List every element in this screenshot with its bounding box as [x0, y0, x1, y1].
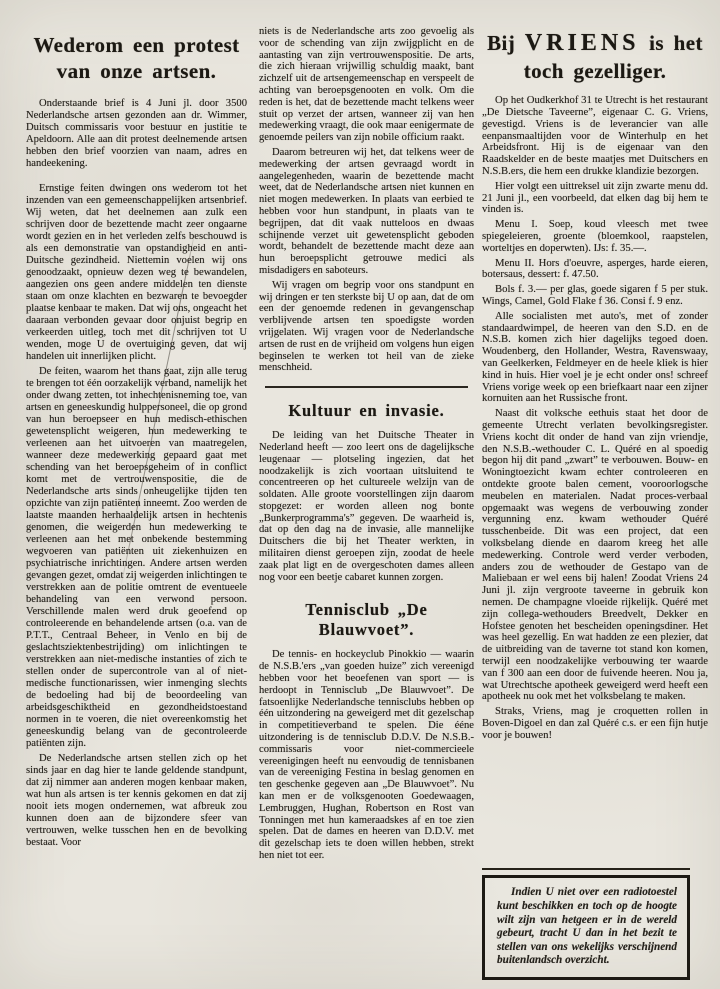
article-paragraph: Straks, Vriens, mag je croquetten rollen…: [482, 706, 708, 741]
section-divider-rule: [265, 386, 468, 388]
article-title-vriens: Bij VRIENS is het toch gezelliger.: [482, 28, 708, 84]
article-paragraph: Alle socialisten met auto's, met of zond…: [482, 311, 708, 405]
column-left: Wederom een protest van onze artsen. Ond…: [26, 32, 247, 852]
title-text-pre: Bij: [487, 31, 525, 55]
article-paragraph: Daarom betreuren wij het, dat telkens we…: [259, 147, 474, 277]
radio-notice-box: Indien U niet over een radiotoestel kunt…: [482, 875, 690, 980]
article-paragraph: De leiding van het Duitsche Theater in N…: [259, 430, 474, 583]
column-middle: niets is de Nederlandsche arts zoo gevoe…: [259, 26, 474, 865]
article-paragraph: Naast dit volksche eethuis staat het doo…: [482, 408, 708, 703]
article-paragraph: Op het Oudkerkhof 31 te Utrecht is het r…: [482, 95, 708, 178]
menu-item-paragraph: Menu I. Soep, koud vleesch met twee spie…: [482, 219, 708, 254]
article-paragraph: Hier volgt een uittreksel uit zijn zwart…: [482, 181, 708, 216]
article-paragraph: De Nederlandsche artsen stellen zich op …: [26, 753, 247, 849]
newspaper-page: Wederom een protest van onze artsen. Ond…: [0, 0, 720, 989]
article-paragraph: De feiten, waarom het thans gaat, zijn a…: [26, 366, 247, 750]
article-title-kultuur-en-invasie: Kultuur en invasie.: [259, 401, 474, 421]
article-paragraph: De tennis- en hockeyclub Pinokkio — waar…: [259, 649, 474, 861]
article-paragraph: Wij vragen om begrip voor ons standpunt …: [259, 280, 474, 374]
notice-box-container: Indien U niet over een radiotoestel kunt…: [482, 868, 708, 980]
notice-divider-rule: [482, 868, 690, 870]
article-title-artsen-protest: Wederom een protest van onze artsen.: [26, 32, 247, 85]
column-right: Bij VRIENS is het toch gezelliger. Op he…: [482, 28, 708, 980]
title-text-vriens-name: VRIENS: [525, 30, 640, 56]
menu-item-paragraph: Bols f. 3.— per glas, goede sigaren f 5 …: [482, 284, 708, 308]
article-paragraph: Ernstige feiten dwingen ons wederom tot …: [26, 183, 247, 363]
article-paragraph: Onderstaande brief is 4 Juni jl. door 35…: [26, 98, 247, 170]
menu-item-paragraph: Menu II. Hors d'oeuvre, asperges, harde …: [482, 258, 708, 282]
article-title-tennisclub-blauwvoet: Tennisclub „De Blauwvoet”.: [259, 600, 474, 640]
article-paragraph-continuation: niets is de Nederlandsche arts zoo gevoe…: [259, 26, 474, 144]
notice-text: Indien U niet over een radiotoestel kunt…: [497, 886, 677, 968]
